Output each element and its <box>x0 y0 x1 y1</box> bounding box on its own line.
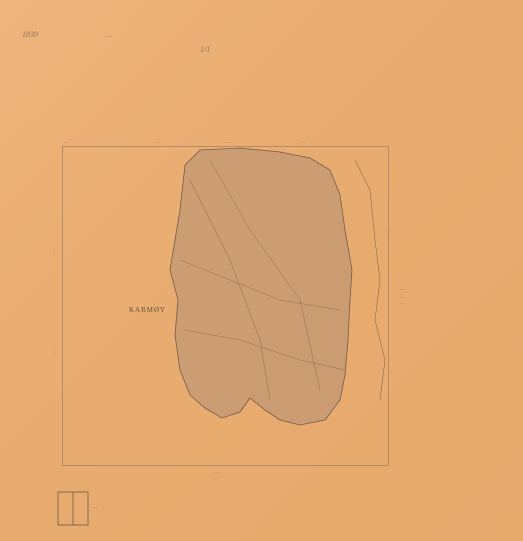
island-name: KARMØY <box>129 306 166 314</box>
map-drawing <box>0 0 523 541</box>
scale-box-label: … <box>92 505 97 510</box>
map-sheet: 1839 … 1/1 … … … … … … … … … … … KARMØY … <box>0 0 523 541</box>
